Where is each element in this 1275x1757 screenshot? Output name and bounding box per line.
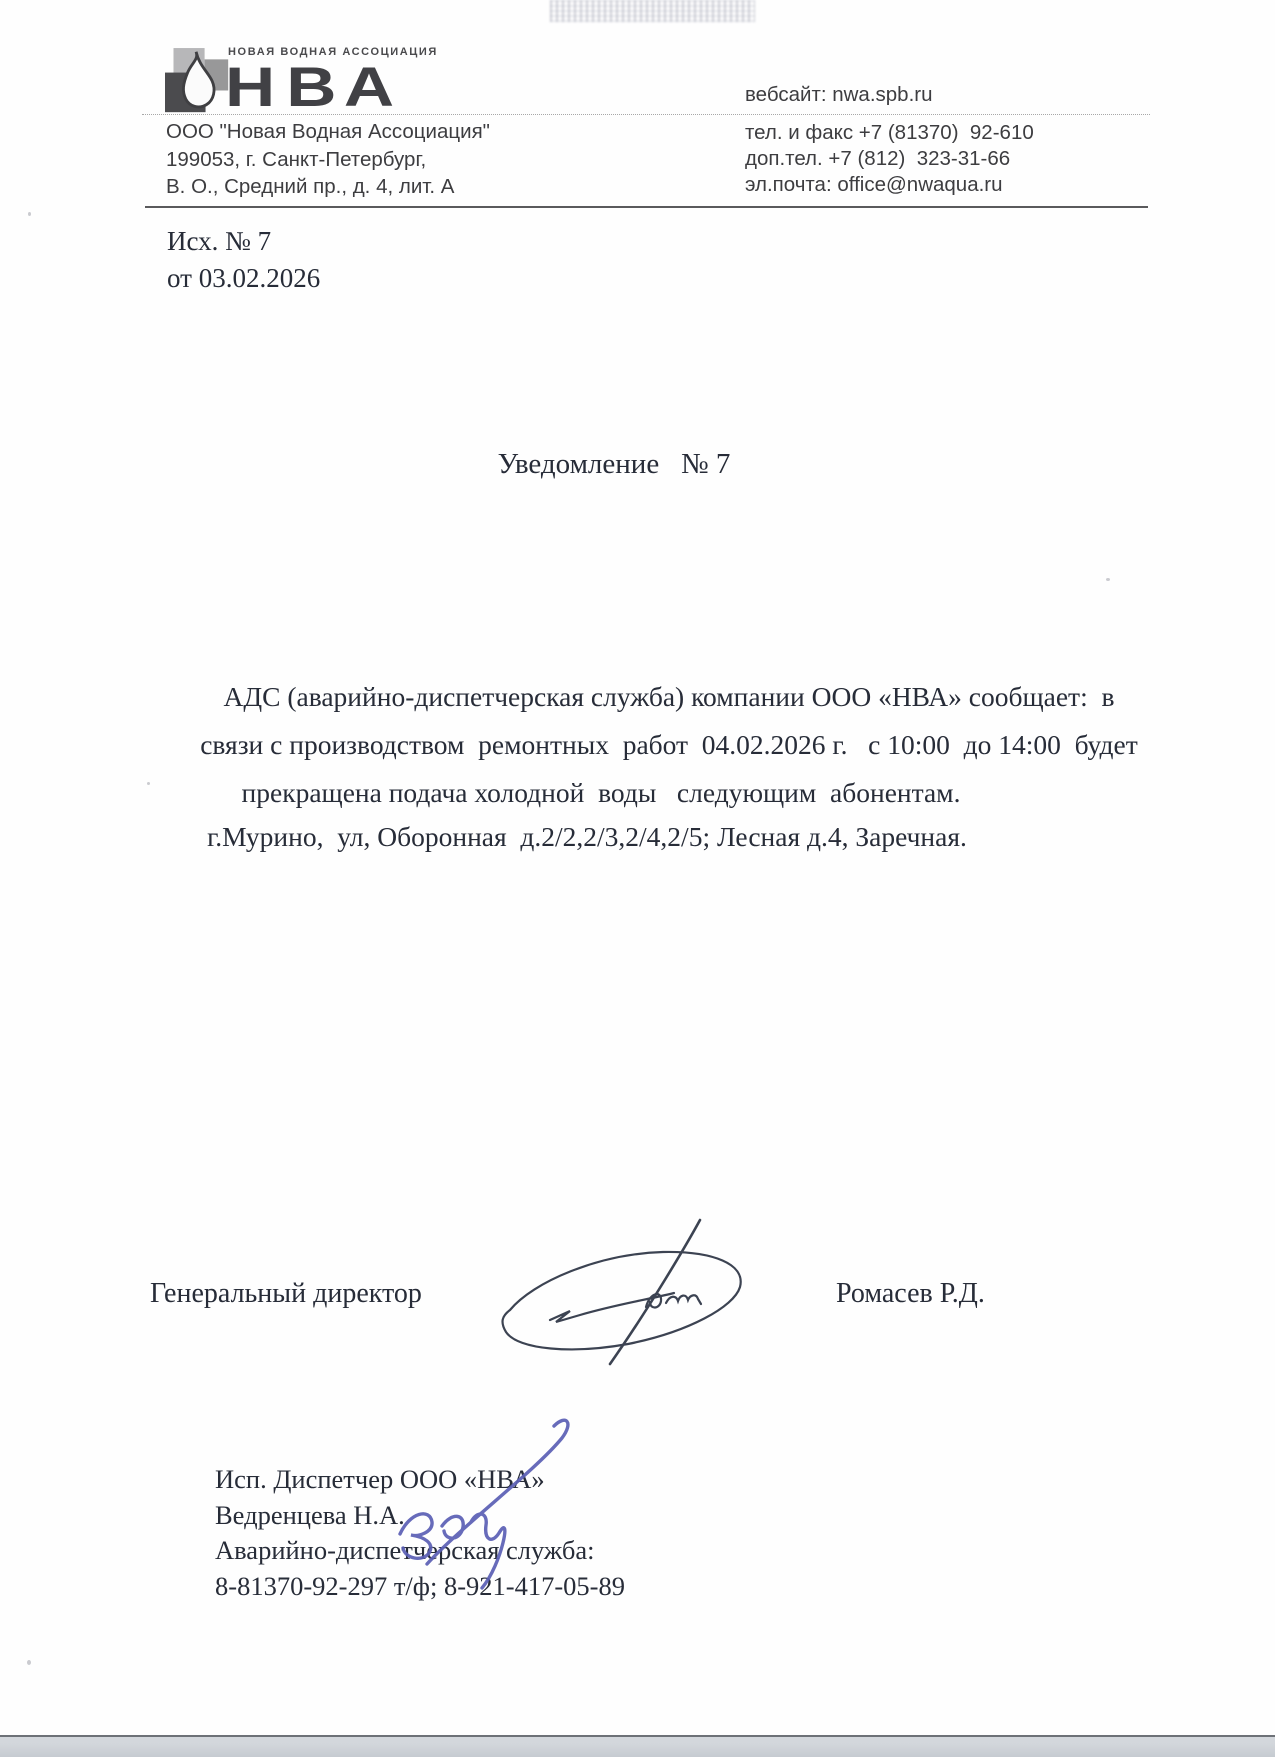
body-line-3: прекращена подача холодной воды следующи… [82, 777, 1120, 809]
contact-block: тел. и факс +7 (81370) 92-610 доп.тел. +… [745, 120, 1034, 198]
phone-fax-line: тел. и факс +7 (81370) 92-610 [745, 120, 1034, 146]
company-zip-city-line: 199053, г. Санкт-Петербург, [166, 146, 490, 174]
scan-noise-smudge [550, 0, 755, 22]
website-line: вебсайт: nwa.spb.ru [745, 82, 933, 108]
scan-speck [147, 782, 150, 785]
company-name-line: ООО "Новая Водная Ассоциация" [166, 118, 490, 146]
signer-name: Ромасев Р.Д. [836, 1278, 985, 1310]
header-dotted-rule [142, 114, 1150, 115]
company-street-line: В. О., Средний пр., д. 4, лит. А [166, 173, 490, 201]
water-drop-icon [165, 48, 231, 116]
body-line-1: АДС (аварийно-диспетчерская служба) комп… [150, 681, 1188, 713]
document-title: Уведомление № 7 [0, 448, 1228, 481]
scanned-letter-page: НОВАЯ ВОДНАЯ АССОЦИАЦИЯ НВА вебсайт: nwa… [0, 0, 1275, 1757]
email-line: эл.почта: office@nwaqua.ru [745, 172, 1034, 198]
company-logo [165, 48, 231, 116]
company-address-block: ООО "Новая Водная Ассоциация" 199053, г.… [166, 118, 490, 201]
director-signature [488, 1212, 758, 1382]
body-line-4: г.Мурино, ул, Оборонная д.2/2,2/3,2/4,2/… [68, 821, 1106, 853]
header-solid-rule [145, 206, 1148, 208]
body-line-2: связи с производством ремонтных работ 04… [150, 729, 1188, 761]
phone-additional-line: доп.тел. +7 (812) 323-31-66 [745, 146, 1034, 172]
outgoing-number: Исх. № 7 [167, 226, 271, 257]
dispatcher-signature [372, 1412, 582, 1602]
outgoing-date: от 03.02.2026 [167, 263, 320, 294]
scan-speck [27, 1660, 31, 1665]
signer-position: Генеральный директор [150, 1278, 422, 1310]
scan-page-bottom-edge [0, 1735, 1275, 1757]
logo-abbr: НВА [225, 60, 405, 116]
scan-speck [1106, 578, 1110, 581]
scan-speck [28, 212, 31, 216]
